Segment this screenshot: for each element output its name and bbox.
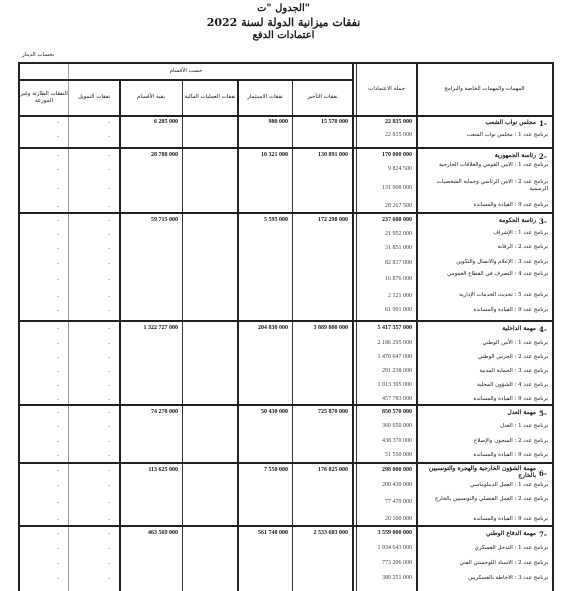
mission-name: مهمة الدفاع الوطني [420, 530, 536, 537]
header-financial-ops: نفقات العمليات المالية [183, 80, 237, 115]
col-divider [292, 80, 293, 591]
row-divider [20, 212, 554, 214]
financing-value: - [108, 325, 110, 332]
program-total: 82 837 000 [385, 260, 412, 266]
wages-value: 2 533 683 000 [314, 530, 349, 536]
program-total: 9 824 500 [388, 166, 412, 172]
header-wages: نفقات التأجير [293, 80, 352, 115]
program-name: برنامج عدد 5 : تحديث الخدمات الإدارية [420, 292, 548, 299]
program-name: برنامج عدد 2 : العمل القنصلي والتونسيين … [420, 496, 548, 503]
other-sections-value: 59 715 000 [151, 217, 178, 223]
program-name: برنامج عدد 2 : الاسناد اللوجستي الفني [420, 560, 548, 567]
total-value: 237 608 000 [382, 217, 412, 223]
investment-value: 5 595 000 [264, 217, 288, 223]
header-financing: نفقات التمويل [69, 80, 119, 115]
contingency-value: - [57, 217, 59, 224]
contingency-value: - [57, 119, 59, 126]
financing-value: - [108, 467, 110, 474]
col-divider [356, 64, 357, 591]
other-sections-value: 6 285 000 [154, 119, 178, 125]
program-total: 360 650 000 [382, 423, 412, 429]
header-total: جملة الاعتمادات [357, 64, 416, 115]
program-name: برنامج عدد 9 : القيادة والمساندة [420, 396, 548, 403]
program-name: برنامج عدد 3 : الاحاطة بالعسكريين [420, 575, 548, 582]
wages-value: 130 891 000 [318, 152, 348, 158]
col-divider [182, 80, 183, 591]
col-divider [68, 64, 69, 591]
program-total: 131 908 000 [382, 185, 412, 191]
program-name: برنامج عدد 1 : الامن القومي والعلاقات ال… [420, 162, 548, 169]
financing-value: - [108, 530, 110, 537]
investment-value: 50 430 000 [261, 409, 288, 415]
row-divider [20, 525, 554, 527]
contingency-value: - [57, 530, 59, 537]
program-name: برنامج عدد 4 : التصرف في القطاع العمومي [420, 271, 548, 278]
program-name: برنامج عدد 9 : القيادة والمساندة [420, 516, 548, 523]
program-total: 21 952 000 [385, 231, 412, 237]
wages-value: 3 889 800 000 [314, 325, 349, 331]
total-value: 3 559 000 000 [378, 530, 413, 536]
program-total: 22 835 000 [385, 132, 412, 138]
program-total: 2 121 000 [388, 293, 412, 299]
contingency-value: - [57, 409, 59, 416]
wages-value: 15 570 000 [321, 119, 348, 125]
budget-table: حسب الأقسام النفقات الطارئة وغير الموزعة… [18, 62, 554, 591]
mission-number: 2- [539, 152, 547, 161]
mission-number: 5- [539, 409, 547, 418]
financing-value: - [108, 217, 110, 224]
contingency-value: - [57, 152, 59, 159]
row-divider [20, 404, 554, 406]
other-sections-value: 463 569 000 [148, 530, 178, 536]
mission-name: مهمة الداخلية [420, 325, 536, 332]
program-name: برنامج عدد 1 : الأمن الوطني [420, 340, 548, 347]
program-name: برنامج عدد 1 : التدخل العسكري [420, 545, 548, 552]
mission-name: رئاسة الحكومة [420, 217, 536, 224]
other-sections-value: 74 270 000 [151, 409, 178, 415]
header-by-section: حسب الأقسام [20, 64, 352, 79]
investment-value: 561 748 000 [258, 530, 288, 536]
program-total: 1 470 647 000 [378, 354, 413, 360]
program-total: 291 238 000 [382, 368, 412, 374]
program-total: 1 934 643 000 [378, 545, 413, 551]
program-name: برنامج عدد 9 : القيادة والمساندة [420, 307, 548, 314]
investment-value: 10 321 000 [261, 152, 288, 158]
row-divider [20, 147, 554, 149]
program-name: برنامج عدد 4 : الشؤون المحلية [420, 382, 548, 389]
total-value: 298 000 000 [382, 467, 412, 473]
contingency-value: - [57, 325, 59, 332]
program-name: برنامج عدد 1 : العدل [420, 423, 548, 430]
program-total: 200 430 000 [382, 482, 412, 488]
wages-value: 172 298 000 [318, 217, 348, 223]
unit-label: بحساب الدينار [22, 52, 54, 58]
mission-number: 7- [539, 530, 547, 539]
program-total: 1 013 395 000 [378, 382, 413, 388]
program-total: 438 370 000 [382, 438, 412, 444]
program-total: 16 876 000 [385, 276, 412, 282]
financing-value: - [108, 119, 110, 126]
other-sections-value: 113 625 000 [148, 467, 178, 473]
program-name: برنامج عدد 1 : الإشراف [420, 230, 548, 237]
col-divider [352, 64, 354, 591]
program-name: برنامج عدد 2 : السجون والإصلاح [420, 438, 548, 445]
wages-value: 725 870 000 [318, 409, 348, 415]
mission-number: 4- [539, 325, 547, 334]
wages-value: 176 825 000 [318, 467, 348, 473]
program-name: برنامج عدد 3 : الإعلام والاتصال والتكوين [420, 259, 548, 266]
program-total: 457 783 000 [382, 396, 412, 402]
program-total: 61 991 000 [385, 307, 412, 313]
program-name: برنامج عدد 2 : الرقابة [420, 244, 548, 251]
mission-number: 1- [539, 119, 547, 128]
col-divider [416, 64, 418, 591]
program-total: 773 206 000 [382, 560, 412, 566]
program-name: برنامج عدد 3 : الحماية المدنية [420, 368, 548, 375]
total-value: 170 000 000 [382, 152, 412, 158]
header-other-sections: بقية الأقسام [120, 80, 182, 115]
program-name: برنامج عدد 9 : القيادة والمساندة [420, 452, 548, 459]
table-label: الجدول "ت" [0, 3, 567, 14]
program-name: برنامج عدد 2 : الحرس الوطني [420, 354, 548, 361]
program-total: 380 251 000 [382, 575, 412, 581]
row-divider [20, 320, 554, 322]
program-name: برنامج عدد 1 : العمل الديبلوماسي [420, 482, 548, 489]
program-name: برنامج عدد 9 : القيادة والمساندة [420, 202, 548, 209]
program-name: برنامج عدد 2 : الامن الرئاسي وحماية الشخ… [420, 179, 548, 193]
program-total: 28 267 500 [385, 203, 412, 209]
investment-value: 980 000 [269, 119, 289, 125]
row-divider [20, 462, 554, 464]
total-value: 850 570 000 [382, 409, 412, 415]
mission-name: رئاسة الجمهورية [420, 152, 536, 159]
page-title: نفقات ميزانية الدولة لسنة 2022 [0, 16, 567, 29]
contingency-value: - [57, 467, 59, 474]
financing-value: - [108, 152, 110, 159]
investment-value: 204 830 000 [258, 325, 288, 331]
total-value: 22 835 000 [385, 119, 412, 125]
total-value: 5 417 357 000 [378, 325, 413, 331]
program-total: 51 550 000 [385, 452, 412, 458]
col-divider [237, 80, 239, 591]
mission-number: 3- [539, 217, 547, 226]
header-investment: نفقات الاستثمار [238, 80, 292, 115]
header-contingency: النفقات الطارئة وغير الموزعة [20, 80, 68, 115]
other-sections-value: 1 322 727 000 [144, 325, 179, 331]
mission-number: 6- [539, 469, 547, 478]
header-divider [20, 115, 554, 117]
col-divider [119, 80, 121, 591]
program-total: 31 851 000 [385, 245, 412, 251]
program-total: 77 470 000 [385, 499, 412, 505]
mission-name: مهمة العدل [420, 409, 536, 416]
program-total: 20 100 000 [385, 516, 412, 522]
header-missions: المهمات والمهمات الخاصة والبرامج [417, 64, 552, 115]
program-name: برنامج عدد 1 : مجلس نواب الشعب [420, 132, 548, 139]
financing-value: - [108, 409, 110, 416]
other-sections-value: 28 788 000 [151, 152, 178, 158]
investment-value: 7 550 000 [264, 467, 288, 473]
page-subtitle: اعتمادات الدفع [0, 30, 567, 41]
mission-name: مجلس نواب الشعب [420, 119, 536, 126]
program-total: 2 186 295 000 [378, 340, 413, 346]
mission-name: مهمة الشؤون الخارجية والهجرة والتونسيين … [420, 465, 536, 479]
